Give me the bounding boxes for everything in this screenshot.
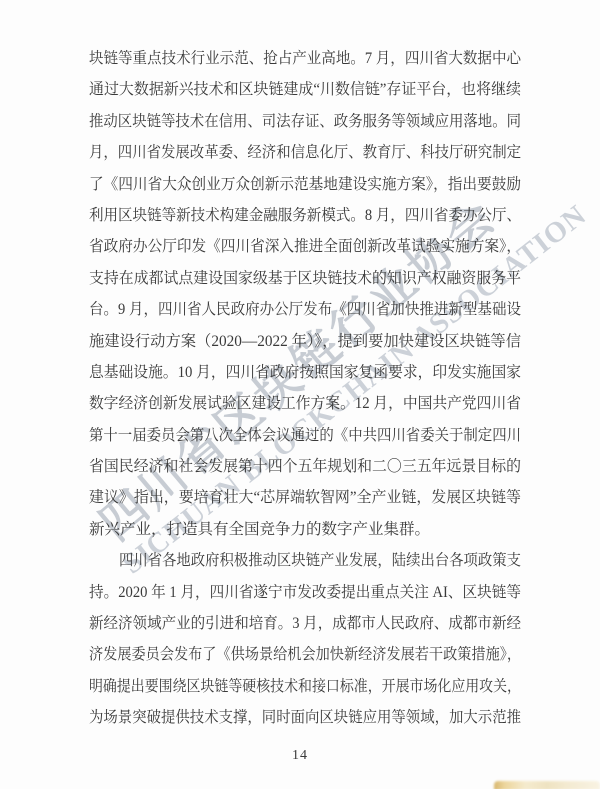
text-line: 台。9 月，四川省人民政府办公厅发布《四川省加快推进新型基础设 (89, 294, 521, 325)
text-line: 数字经济创新发展试验区建设工作方案。12 月，中国共产党四川省 (89, 388, 521, 419)
text-block: 块链等重点技术行业示范、抢占产业高地。7 月，四川省大数据中心通过大数据新兴技术… (89, 43, 521, 734)
page-number: 14 (0, 748, 600, 764)
text-line: 支持在成都试点建设国家级基于区块链技术的知识产权融资服务平 (89, 263, 521, 294)
text-line: 持。2020 年 1 月，四川省遂宁市发改委提出重点关注 AI、区块链等 (89, 577, 521, 608)
text-line: 济发展委员会发布了《供场景给机会加快新经济发展若干政策措施》， (89, 639, 521, 670)
text-line: 施建设行动方案（2020—2022 年）》，提到要加快建设区块链等信 (89, 326, 521, 357)
logo-fragment (494, 781, 600, 789)
document-page: 四川省区块链行业协会 SICHUAN BLOCKCHAIN ASSOCIATIO… (0, 0, 600, 789)
text-line: 息基础设施。10 月，四川省政府按照国家复函要求，印发实施国家 (89, 357, 521, 388)
text-line: 建议》指出，要培育壮大“芯屏端软智网”全产业链，发展区块链等 (89, 482, 521, 513)
text-line: 了《四川省大众创业万众创新示范基地建设实施方案》，指出要鼓励 (89, 169, 521, 200)
text-line: 月，四川省发展改革委、经济和信息化厅、教育厅、科技厅研究制定 (89, 137, 521, 168)
text-line: 新经济领域产业的引进和培育。3 月，成都市人民政府、成都市新经 (89, 608, 521, 639)
text-line: 利用区块链等新技术构建金融服务新模式。8 月，四川省委办公厅、 (89, 200, 521, 231)
text-line: 为场景突破提供技术支撑，同时面向区块链应用等领域，加大示范推 (89, 702, 521, 733)
text-line: 第十一届委员会第八次全体会议通过的《中共四川省委关于制定四川 (89, 420, 521, 451)
text-line: 新兴产业，打造具有全国竞争力的数字产业集群。 (89, 514, 521, 545)
text-line: 四川省各地政府积极推动区块链产业发展，陆续出台各项政策支 (89, 545, 521, 576)
text-line: 通过大数据新兴技术和区块链建成“川数信链”存证平台，也将继续 (89, 74, 521, 105)
text-line: 推动区块链等技术在信用、司法存证、政务服务等领域应用落地。同 (89, 106, 521, 137)
text-line: 块链等重点技术行业示范、抢占产业高地。7 月，四川省大数据中心 (89, 43, 521, 74)
text-line: 明确提出要围绕区块链等硬核技术和接口标准，开展市场化应用攻关， (89, 671, 521, 702)
text-line: 省政府办公厅印发《四川省深入推进全面创新改革试验实施方案》， (89, 231, 521, 262)
text-line: 省国民经济和社会发展第十四个五年规划和二〇三五年远景目标的 (89, 451, 521, 482)
